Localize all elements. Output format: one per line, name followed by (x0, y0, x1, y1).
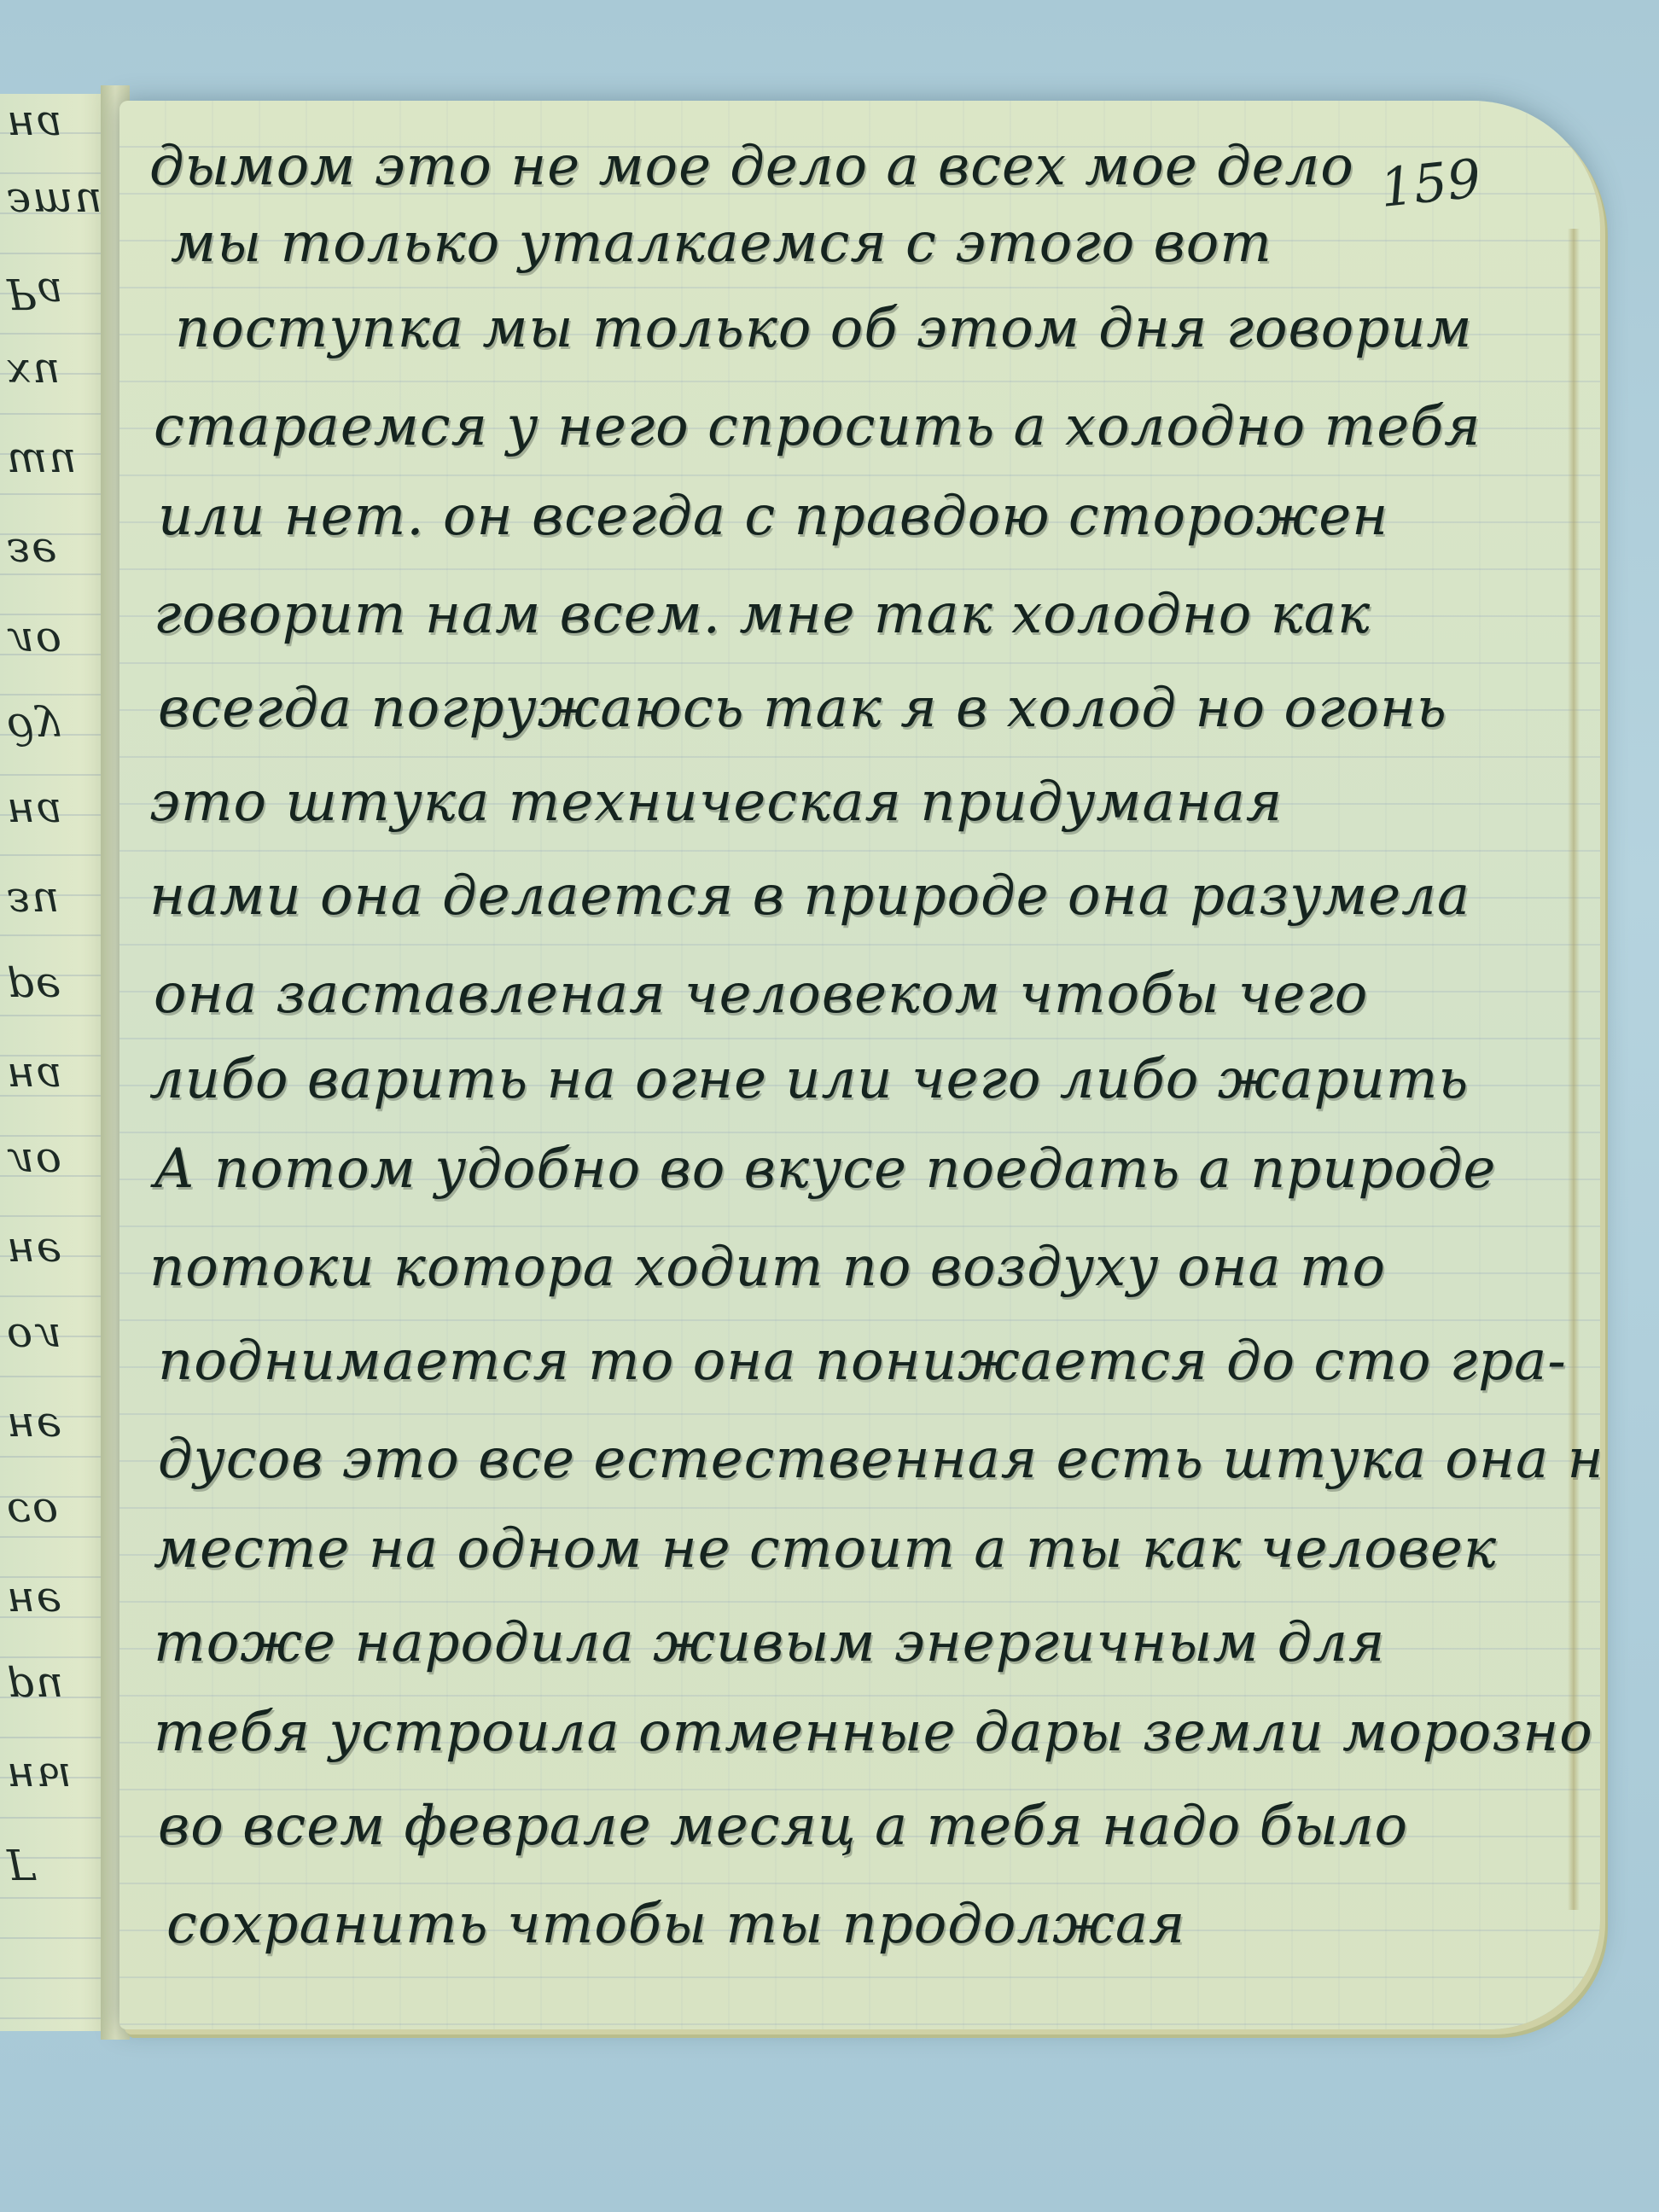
text-line: сохранить чтобы ты продолжая (166, 1893, 1185, 1956)
text-line: поднимается то она понижается до сто гра… (158, 1330, 1567, 1393)
text-line: потоки котора ходит по воздуху она то (149, 1236, 1386, 1299)
left-fragment: не (7, 1229, 64, 1278)
text-line: тебя устроила отменные дары земли морозн… (154, 1701, 1593, 1764)
text-line: говорит нам всем. мне так холодно как (154, 583, 1371, 646)
text-line: она заставленая человеком чтобы чего (154, 963, 1368, 1026)
text-line: дусов это все естественная есть штука он… (158, 1428, 1600, 1491)
left-fragment: ре (7, 964, 63, 1014)
text-line: мы только уталкаемся с этого вот (171, 212, 1272, 275)
text-line: поступка мы только об этом дня говорим (175, 297, 1473, 360)
left-fragment: не (7, 1579, 64, 1628)
text-line: это штука техническая придуманая (149, 771, 1283, 834)
text-line: А потом удобно во вкусе поедать а природ… (154, 1138, 1496, 1201)
left-fragment: ны (7, 1754, 73, 1803)
left-fragment: со (7, 1489, 60, 1539)
text-line: дымом это не мое дело а всех мое дело (149, 135, 1354, 198)
left-fragment: на (7, 789, 64, 839)
left-fragment: ло (7, 1139, 63, 1189)
left-fragment: хи (7, 350, 61, 399)
left-fragment: ду (7, 704, 62, 754)
text-line: стараемся у него спросить а холодно тебя (154, 395, 1481, 458)
left-fragment: ло (7, 619, 63, 668)
text-line: во всем феврале месяц а тебя надо было (158, 1795, 1408, 1858)
text-line: всегда погружаюсь так я в холод но огонь (158, 677, 1447, 740)
left-fragment: ши (7, 439, 79, 489)
text-line: нами она делается в природе она разумела (149, 864, 1470, 928)
left-fragment: на (7, 102, 64, 152)
text-line: либо варить на огне или чего либо жарить (149, 1048, 1469, 1111)
left-fragment: эти (7, 179, 104, 229)
left-fragment: ол (7, 1314, 63, 1364)
left-fragment: ри (7, 1664, 65, 1714)
text-line: месте на одном не стоит а ты как человек (154, 1517, 1497, 1580)
left-fragment: Г (7, 1839, 37, 1889)
left-fragment: зи (7, 879, 61, 928)
left-fragment: на (7, 1054, 64, 1103)
text-line: или нет. он всегда с правдою сторожен (158, 485, 1388, 548)
left-fragment: зе (7, 529, 59, 579)
page-number: 159 (1377, 147, 1483, 219)
notebook-page: 159 дымом это не мое дело а всех мое дел… (119, 101, 1600, 2029)
text-line: тоже народила живым энергичным для (154, 1611, 1385, 1674)
left-fragment: не (7, 1404, 64, 1453)
left-fragment: Ра (7, 269, 64, 318)
page-edge-stain (1568, 229, 1580, 1910)
